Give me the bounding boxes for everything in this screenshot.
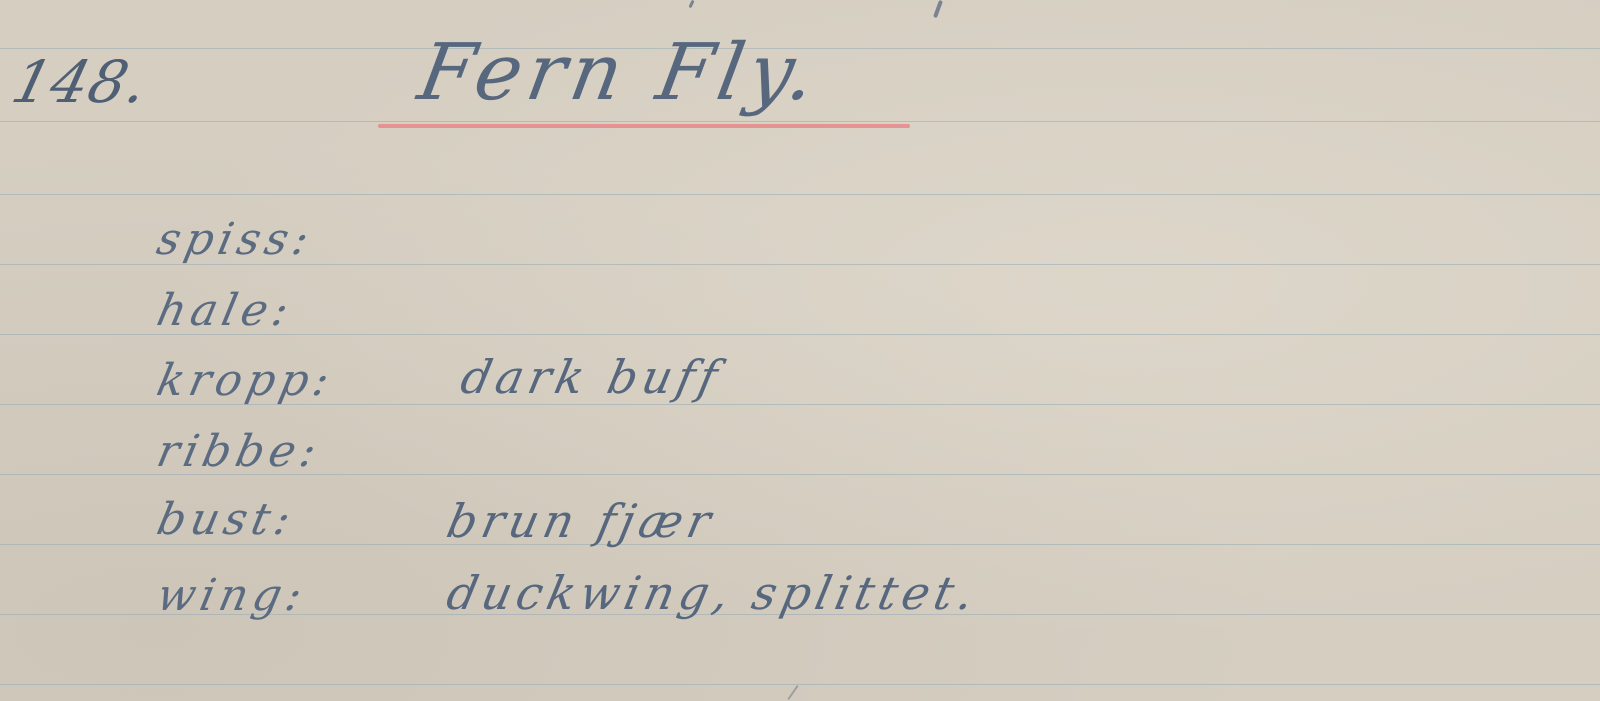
stray-ink-mark [933, 0, 943, 18]
field-label-ribbe: ribbe: [153, 426, 326, 477]
ruled-line [0, 121, 1600, 122]
entry-title: Fern Fly. [412, 28, 828, 118]
field-label-bust: bust: [153, 494, 300, 545]
stray-ink-mark [688, 0, 694, 8]
field-label-kropp: kropp: [153, 355, 339, 406]
stray-ink-mark [787, 685, 798, 700]
title-underline [378, 124, 910, 128]
ruled-line [0, 684, 1600, 685]
field-value-bust: brun fjær [442, 494, 720, 548]
field-value-wing: duckwing, splittet. [442, 566, 983, 620]
entry-number: 148. [6, 48, 156, 116]
field-label-wing: wing: [153, 570, 312, 621]
notebook-page: 148. Fern Fly. spiss: hale: kropp: dark … [0, 0, 1600, 701]
field-label-hale: hale: [153, 285, 298, 336]
field-value-kropp: dark buff [456, 350, 727, 404]
ruled-line [0, 194, 1600, 195]
field-label-spiss: spiss: [153, 214, 319, 265]
